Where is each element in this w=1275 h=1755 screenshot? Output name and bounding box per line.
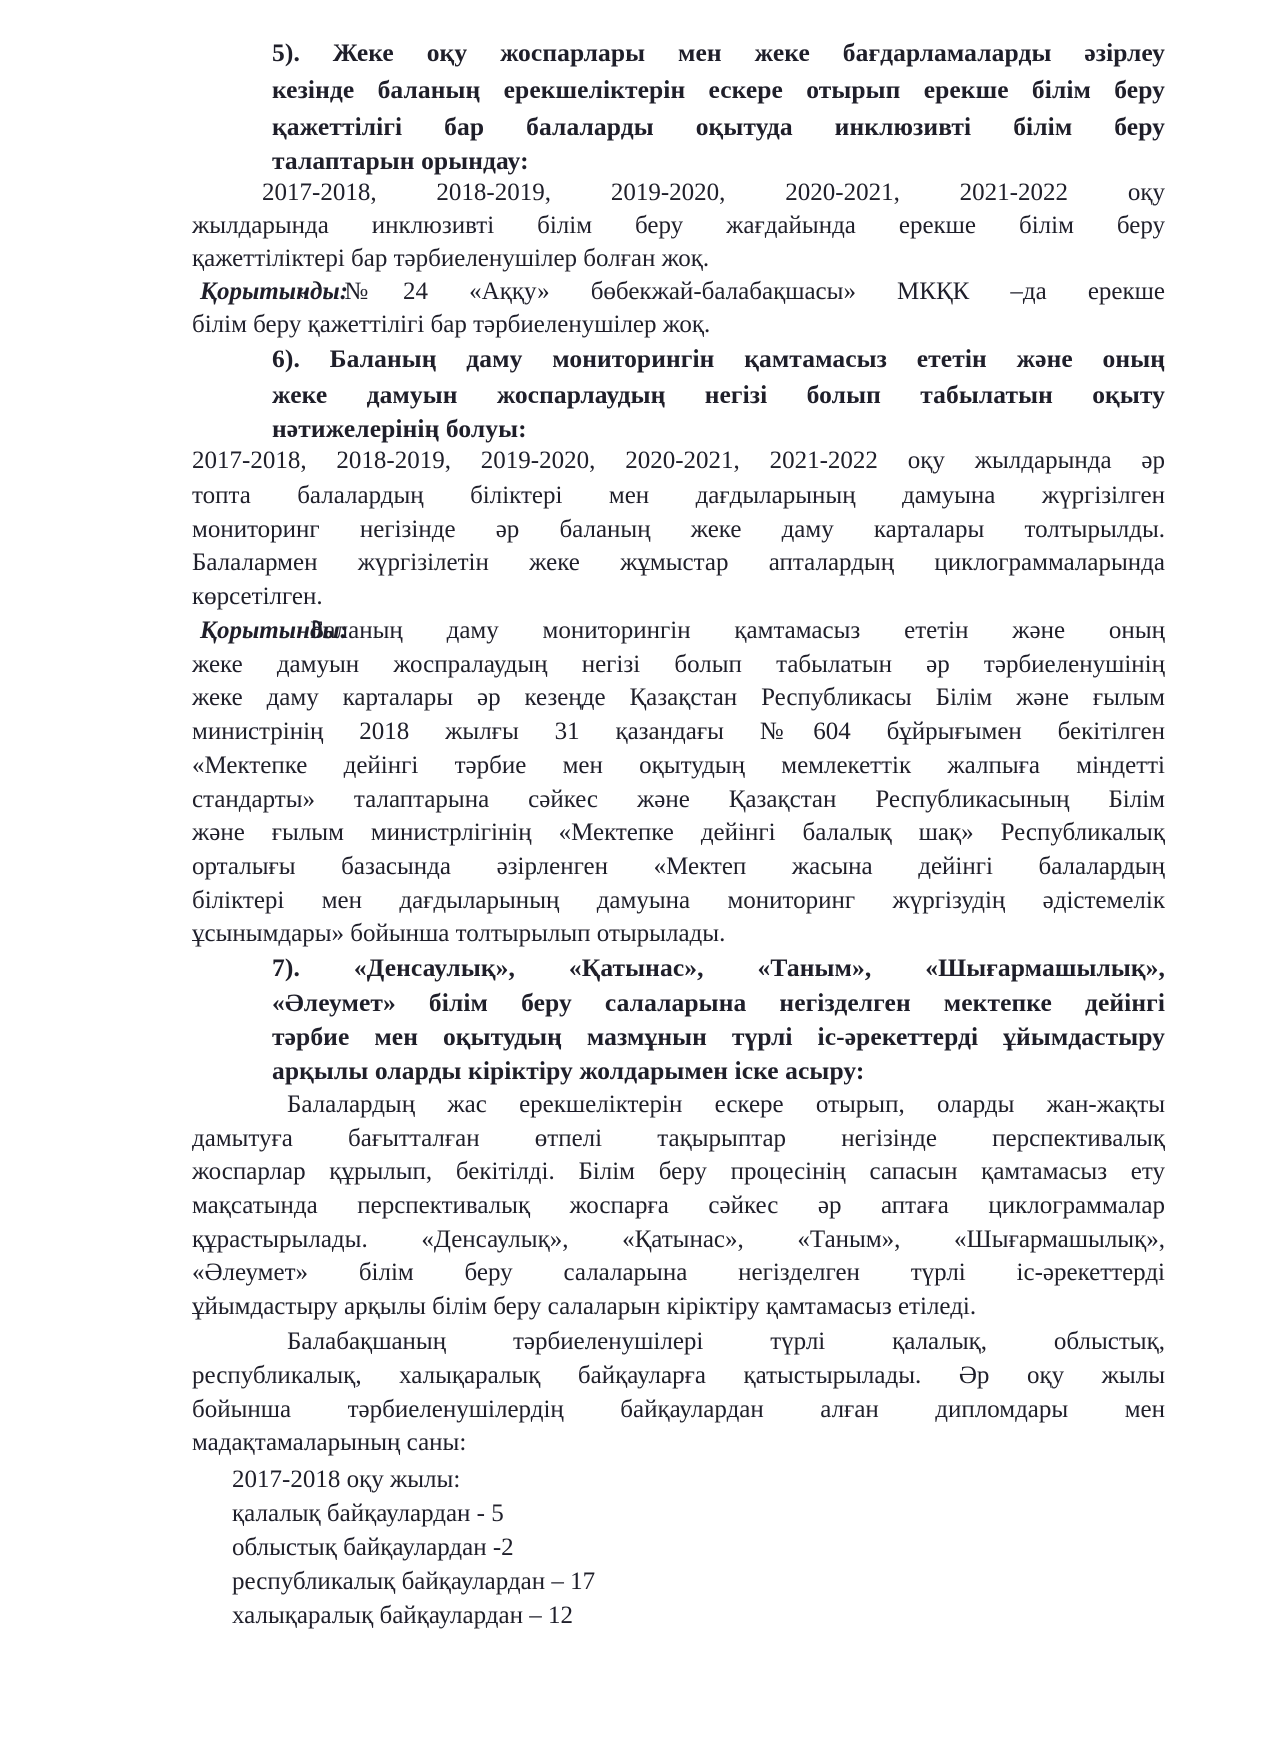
body-line: «Әлеумет» білім беру салаларына негіздел… [192, 1258, 1165, 1288]
result-item-international: халықаралық байқаулардан – 12 [232, 1601, 573, 1631]
heading-line: тәрбие мен оқытудың мазмұнын түрлі іс-әр… [272, 1022, 1165, 1052]
conclusion-line: білім беру қажеттілігі бар тәрбиеленушіл… [192, 310, 1165, 340]
heading-line: 5). Жеке оқу жоспарлары мен жеке бағдарл… [272, 38, 1165, 68]
body-line: бойынша тәрбиеленушілердің байқаулардан … [192, 1395, 1165, 1425]
body-line: мақсатында перспективалық жоспарға сәйке… [192, 1191, 1165, 1221]
conclusion-line: біліктері мен дағдыларының дамуына монит… [192, 886, 1165, 916]
heading-line: 7). «Денсаулық», «Қатынас», «Таным», «Шы… [272, 953, 1165, 983]
heading-line: қажеттілігі бар балаларды оқытуда инклюз… [272, 112, 1165, 142]
body-line: дамытуға бағытталған өтпелі тақырыптар н… [192, 1124, 1165, 1154]
body-line: қажеттіліктері бар тәрбиеленушілер болға… [192, 244, 1165, 274]
heading-line: 6). Баланың даму мониторингін қамтамасыз… [272, 344, 1165, 374]
conclusion-text: Баланың даму мониторингін қамтамасыз ете… [310, 616, 1165, 646]
heading-line: жеке дамуын жоспарлаудың негізі болып та… [272, 380, 1165, 410]
conclusion-line: стандарты» талаптарына сәйкес және Қазақ… [192, 785, 1165, 815]
conclusion-line: орталығы базасында әзірленген «Мектеп жа… [192, 852, 1165, 882]
result-item-regional: облыстық байқаулардан -2 [232, 1533, 514, 1563]
body-line: 2017-2018, 2018-2019, 2019-2020, 2020-20… [192, 446, 1165, 476]
heading-line: «Әлеумет» білім беру салаларына негіздел… [272, 988, 1165, 1018]
body-line: көрсетілген. [192, 582, 1165, 612]
conclusion-line: ұсынымдары» бойынша толтырылып отырылады… [192, 919, 1165, 949]
conclusion-line: жеке дамуын жоспралаудың негізі болып та… [192, 650, 1165, 680]
heading-line: талаптарын орындау: [272, 146, 1165, 176]
conclusion-line: Қорытынды: Баланың даму мониторингін қам… [200, 616, 1165, 646]
conclusion-line: Қорытынды: «№24 «Аққу» бөбекжай-балабақш… [200, 277, 1165, 307]
body-line: құрастырылады. «Денсаулық», «Қатынас», «… [192, 1225, 1165, 1255]
heading-line: кезінде баланың ерекшеліктерін ескере от… [272, 75, 1165, 105]
body-line: топта балалардың біліктері мен дағдылары… [192, 481, 1165, 511]
conclusion-text: «№24 «Аққу» бөбекжай-балабақшасы» МКҚК –… [297, 277, 1165, 307]
result-item-city: қалалық байқаулардан - 5 [232, 1499, 504, 1529]
body-line: мониторинг негізінде әр баланың жеке дам… [192, 515, 1165, 545]
conclusion-line: және ғылым министрлігінің «Мектепке дейі… [192, 818, 1165, 848]
body-line: ұйымдастыру арқылы білім беру салаларын … [192, 1292, 1165, 1322]
heading-line: арқылы оларды кіріктіру жолдарымен іске … [272, 1056, 1165, 1086]
body-line: 2017-2018, 2018-2019, 2019-2020, 2020-20… [262, 178, 1165, 208]
body-line: Балабақшаның тәрбиеленушілері түрлі қала… [287, 1327, 1165, 1357]
conclusion-line: «Мектепке дейінгі тәрбие мен оқытудың ме… [192, 751, 1165, 781]
body-line: жылдарында инклюзивті білім беру жағдайы… [192, 211, 1165, 241]
body-line: жоспарлар құрылып, бекітілді. Білім беру… [192, 1157, 1165, 1187]
body-line: мадақтамаларының саны: [192, 1428, 1165, 1458]
body-line: Балалардың жас ерекшеліктерін ескере оты… [287, 1090, 1165, 1120]
conclusion-line: жеке даму карталары әр кезеңде Қазақстан… [192, 683, 1165, 713]
body-line: Балалармен жүргізілетін жеке жұмыстар ап… [192, 548, 1165, 578]
document-page: 5). Жеке оқу жоспарлары мен жеке бағдарл… [0, 0, 1275, 1755]
heading-line: нәтижелерінің болуы: [272, 414, 1165, 444]
result-item-republican: республикалық байқаулардан – 17 [232, 1567, 595, 1597]
conclusion-line: министрінің 2018 жылғы 31 қазандағы №604… [192, 717, 1165, 747]
body-line: республикалық, халықаралық байқауларға қ… [192, 1361, 1165, 1391]
year-label: 2017-2018 оқу жылы: [232, 1465, 460, 1495]
